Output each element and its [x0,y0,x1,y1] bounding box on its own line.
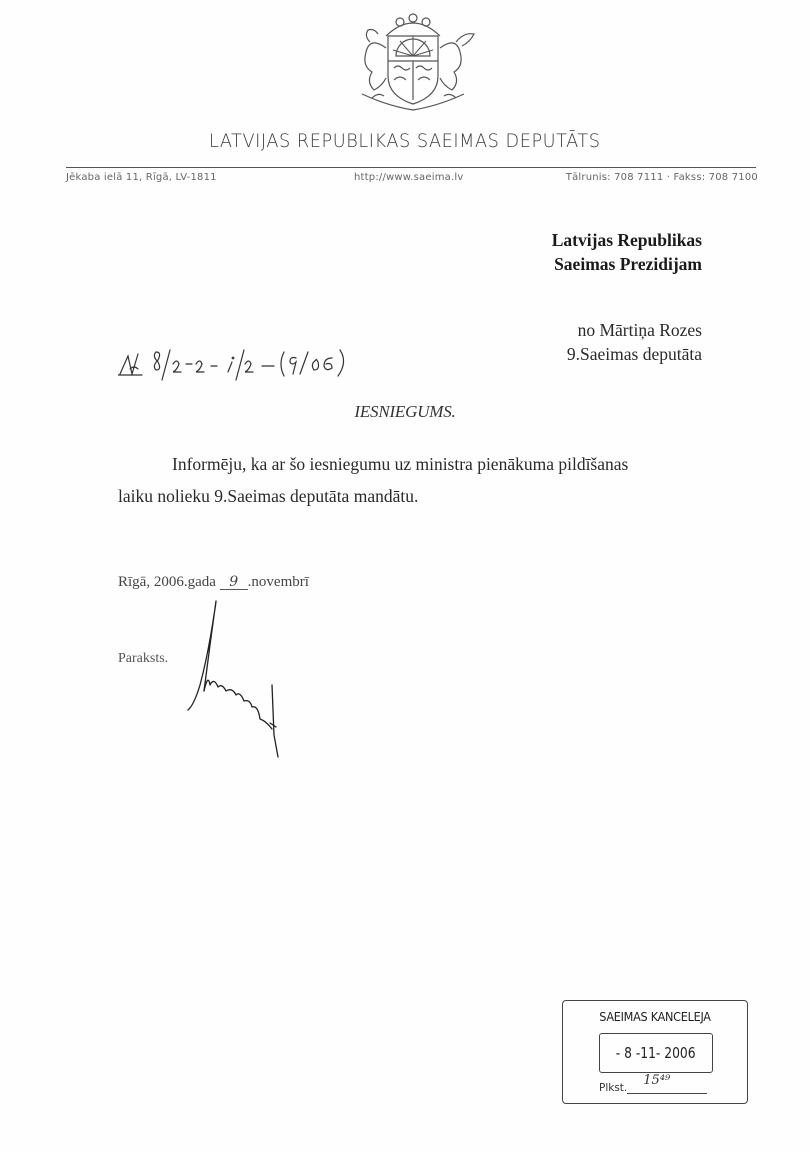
stamp-time-label: Plkst. [599,1082,627,1094]
stamp-time-handwritten: 15⁴⁹ [643,1073,670,1088]
date-suffix: .novembrī [248,574,309,590]
body-line-2: laiku nolieku 9.Saeimas deputāta mandātu… [118,480,708,512]
signature-label: Paraksts. [118,651,168,667]
header-divider [66,167,756,168]
handwritten-signature-icon [180,595,290,760]
stamp-time-row: Plkst.15⁴⁹ [599,1081,707,1094]
document-title: IESNIEGUMS. [0,402,810,422]
recipient-block: Latvijas Republikas Saeimas Prezidijam [552,228,702,276]
letterhead-title: LATVIJAS REPUBLIKAS SAEIMAS DEPUTĀTS [28,130,781,152]
body-line-1: Informēju, ka ar šo iesniegumu uz minist… [172,454,628,474]
letterhead-phone-fax: Tālrunis: 708 7111 · Fakss: 708 7100 [566,172,758,183]
date-line: Rīgā, 2006.gada 9.novembrī [118,574,309,591]
scanned-letter-page: LATVIJAS REPUBLIKAS SAEIMAS DEPUTĀTS Jēk… [0,0,810,1152]
letterhead-address: Jēkaba ielā 11, Rīgā, LV-1811 [66,172,217,183]
sender-line-2: 9.Saeimas deputāta [567,342,702,366]
date-prefix: Rīgā, 2006.gada [118,574,220,590]
letterhead-website: http://www.saeima.lv [354,172,463,183]
recipient-line-2: Saeimas Prezidijam [552,252,702,276]
sender-block: no Mārtiņa Rozes 9.Saeimas deputāta [567,318,702,366]
handwritten-registration-number: № 8/2-2-i/2-(9/06) [118,344,398,384]
handwritten-day: 9 [220,575,248,590]
stamp-date: - 8 -11- 2006 [616,1034,696,1072]
stamp-date-box: - 8 -11- 2006 [599,1033,713,1073]
office-receipt-stamp: SAEIMAS KANCELEJA - 8 -11- 2006 Plkst.15… [562,1000,748,1104]
latvia-coat-of-arms-icon [348,6,478,114]
body-text: Informēju, ka ar šo iesniegumu uz minist… [118,448,708,512]
sender-line-1: no Mārtiņa Rozes [567,318,702,342]
recipient-line-1: Latvijas Republikas [552,228,702,252]
stamp-title: SAEIMAS KANCELEJA [572,1009,738,1024]
